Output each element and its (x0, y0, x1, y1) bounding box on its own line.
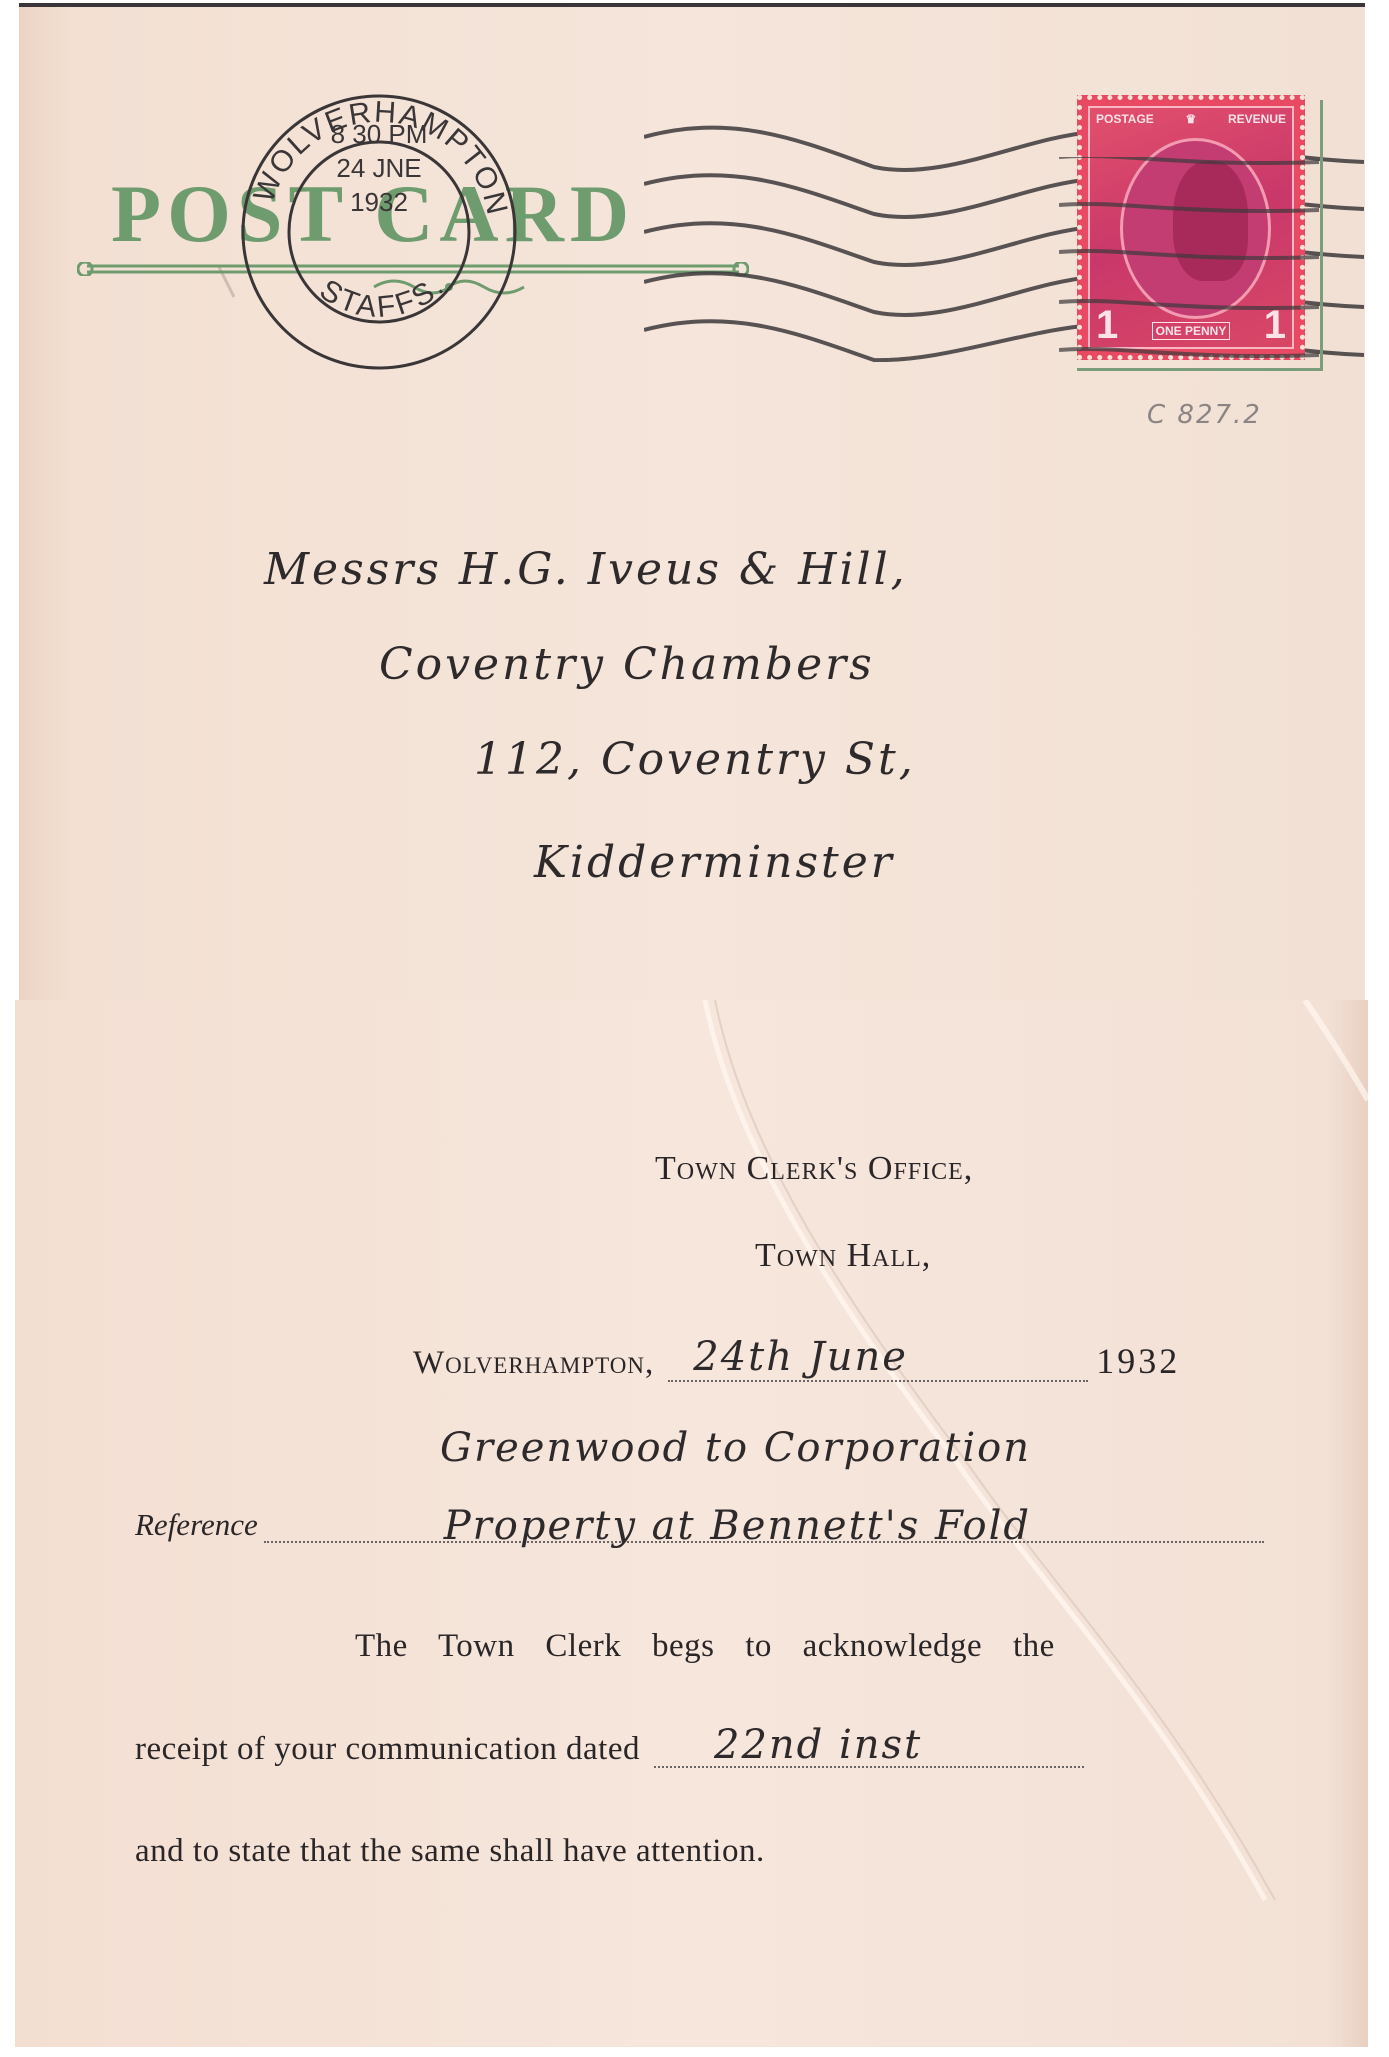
date-year: 1932 (1096, 1340, 1180, 1382)
date-line: Wolverhampton, 24th June 1932 (413, 1340, 1180, 1382)
communication-date-field: 22nd inst (654, 1730, 1084, 1768)
reference-line: Reference Property at Bennett's Fold (135, 1505, 1264, 1543)
postmark-year: 1932 (329, 185, 429, 219)
reference-field: Property at Bennett's Fold (264, 1505, 1264, 1543)
place-label: Wolverhampton, (413, 1345, 654, 1382)
crown-icon: ♛ (1186, 112, 1197, 126)
reference-handwritten-line-2: Property at Bennett's Fold (444, 1503, 1031, 1549)
postmark-date: 24 JNE (329, 151, 429, 185)
address-line-4: Kidderminster (534, 837, 895, 888)
svg-text:STAFFS.: STAFFS. (314, 269, 452, 325)
reference-label: Reference (135, 1507, 258, 1543)
body-line-3: and to state that the same shall have at… (135, 1833, 765, 1870)
date-handwritten: 24th June (693, 1334, 908, 1380)
stamp-postage-label: POSTAGE (1096, 112, 1154, 126)
communication-date-handwritten: 22nd inst (714, 1722, 922, 1768)
body-line-2-prefix: receipt of your communication dated (135, 1731, 640, 1768)
postcard-front: POST CARD WOLVERHAMPTON STAFFS. 8 30 PM … (19, 3, 1365, 1005)
address-line-3: 112, Coventry St, (474, 734, 916, 785)
body-line-1: The Town Clerk begs to acknowledge the (355, 1628, 1055, 1665)
pencil-catalogue-note: C 827.2 (1147, 400, 1262, 430)
postmark-time: 8 30 PM (329, 117, 429, 151)
address-line-1: Messrs H.G. Iveus & Hill, (264, 544, 908, 595)
date-field: 24th June (668, 1344, 1088, 1382)
stamp-cancellation-lines (1059, 157, 1359, 387)
reference-handwritten-line-1: Greenwood to Corporation (440, 1425, 1031, 1471)
body-line-2: receipt of your communication dated 22nd… (135, 1730, 1084, 1768)
office-heading: Town Clerk's Office, (655, 1150, 973, 1188)
postcard-back: Town Clerk's Office, Town Hall, Wolverha… (15, 1000, 1368, 2047)
stamp-revenue-label: REVENUE (1228, 112, 1286, 126)
postmark-date-block: 8 30 PM 24 JNE 1932 (329, 117, 429, 219)
address-line-2: Coventry Chambers (379, 639, 875, 690)
hall-heading: Town Hall, (755, 1237, 931, 1275)
